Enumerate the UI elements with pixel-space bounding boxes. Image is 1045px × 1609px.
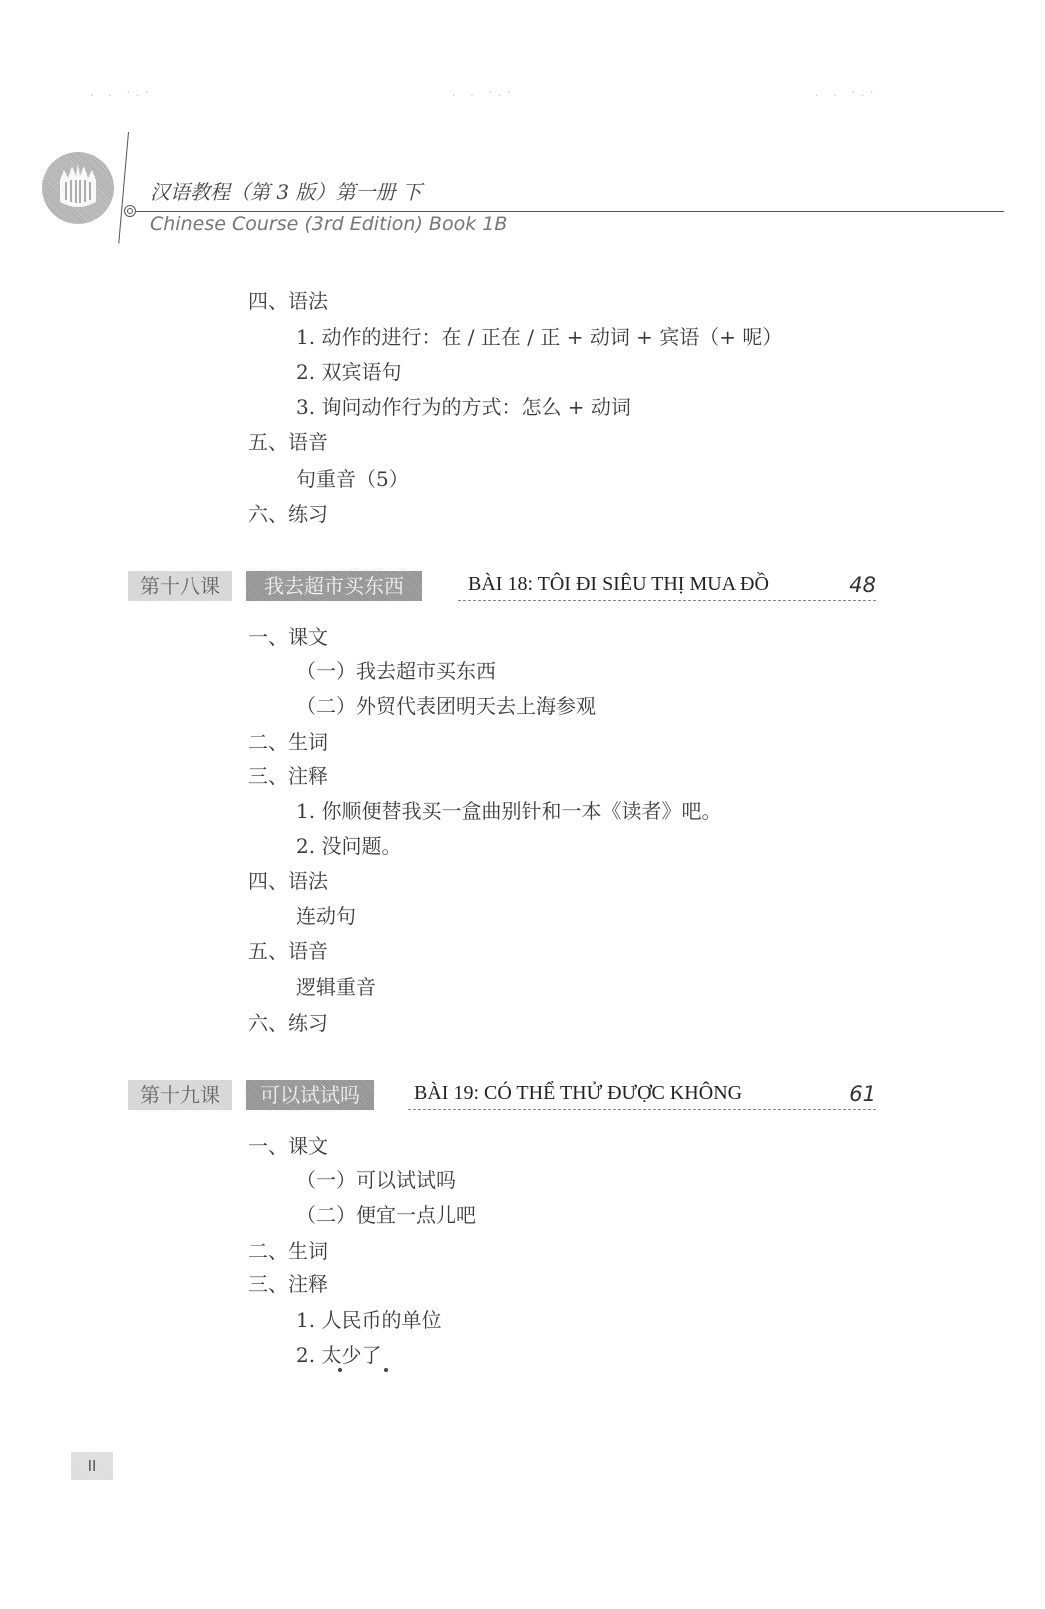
lesson-title-chinese: 我去超市买东西 — [246, 571, 422, 601]
toc-subitem: 句重音（5） — [296, 463, 409, 492]
page-number: II — [71, 1452, 113, 1480]
emphasis-dot — [384, 1368, 388, 1372]
scan-artifact: . . ·.· — [90, 88, 154, 99]
scan-artifact: . . ·.· — [815, 88, 879, 99]
toc-item: 四、语法 — [248, 285, 328, 314]
scan-artifact: . . ·.· — [452, 88, 516, 99]
lesson-title-vietnamese: BÀI 19: CÓ THỂ THỬ ĐƯỢC KHÔNG — [414, 1082, 742, 1105]
ring-ornament-icon — [124, 205, 136, 217]
toc-subitem: （二）便宜一点儿吧 — [296, 1199, 476, 1228]
toc-item: 六、练习 — [248, 498, 328, 527]
toc-item: 二、生词 — [248, 1235, 328, 1264]
toc-subitem: 1. 动作的进行：在 / 正在 / 正 + 动词 + 宾语（+ 呢） — [296, 321, 782, 350]
lesson-title-chinese: 可以试试吗 — [246, 1080, 374, 1110]
header-divider-vertical — [118, 132, 129, 244]
toc-subitem: （一）我去超市买东西 — [296, 655, 496, 684]
lesson-number: 第十八课 — [128, 571, 232, 601]
lesson-page-number: 61 — [849, 1082, 876, 1106]
dashed-leader — [408, 1109, 876, 1110]
toc-item: 四、语法 — [248, 865, 328, 894]
lesson-heading-18[interactable]: 第十八课 我去超市买东西 BÀI 18: TÔI ĐI SIÊU THỊ MUA… — [128, 571, 876, 601]
book-title-chinese: 汉语教程（第 3 版）第一册 下 — [150, 176, 422, 205]
book-flame-logo-icon — [42, 152, 114, 224]
toc-subitem: 2. 太少了 — [296, 1339, 381, 1368]
toc-item: 一、课文 — [248, 621, 328, 650]
toc-subitem: （一）可以试试吗 — [296, 1164, 456, 1193]
toc-item: 一、课文 — [248, 1130, 328, 1159]
toc-item: 五、语音 — [248, 426, 328, 455]
header-divider-horizontal — [136, 211, 1004, 212]
lesson-title-vietnamese: BÀI 18: TÔI ĐI SIÊU THỊ MUA ĐỒ — [468, 573, 769, 596]
emphasis-dot — [338, 1368, 342, 1372]
book-title-english: Chinese Course (3rd Edition) Book 1B — [150, 213, 507, 235]
toc-subitem: 连动句 — [296, 900, 356, 929]
lesson-page-number: 48 — [849, 573, 876, 597]
toc-subitem: 2. 没问题。 — [296, 830, 401, 859]
toc-item: 六、练习 — [248, 1007, 328, 1036]
toc-subitem: 1. 你顺便替我买一盒曲别针和一本《读者》吧。 — [296, 795, 721, 824]
toc-item: 三、注释 — [248, 1268, 328, 1297]
lesson-number: 第十九课 — [128, 1080, 232, 1110]
lesson-heading-19[interactable]: 第十九课 可以试试吗 BÀI 19: CÓ THỂ THỬ ĐƯỢC KHÔNG… — [128, 1080, 876, 1110]
dashed-leader — [458, 600, 876, 601]
toc-subitem: 2. 双宾语句 — [296, 356, 401, 385]
toc-subitem: 逻辑重音 — [296, 971, 376, 1000]
toc-subitem: （二）外贸代表团明天去上海参观 — [296, 690, 596, 719]
toc-subitem: 1. 人民币的单位 — [296, 1304, 441, 1333]
toc-item: 五、语音 — [248, 935, 328, 964]
toc-subitem: 3. 询问动作行为的方式：怎么 + 动词 — [296, 391, 631, 420]
toc-item: 二、生词 — [248, 726, 328, 755]
toc-item: 三、注释 — [248, 760, 328, 789]
